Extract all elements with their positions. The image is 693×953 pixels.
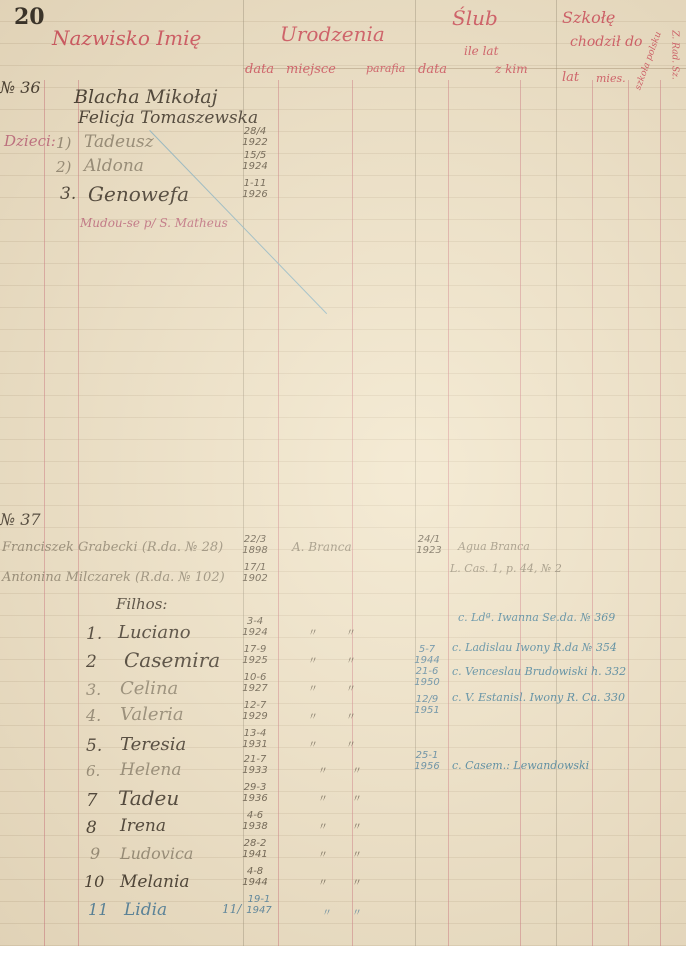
- child-number: 2): [56, 158, 71, 176]
- child-name: Luciano: [118, 622, 191, 643]
- ditto-place: 〃: [322, 904, 332, 919]
- child-birth-date: 28/41922: [240, 126, 270, 148]
- header-birth-place: miejsce: [286, 62, 336, 77]
- child-spouse: c. Venceslau Brudowiski h. 332: [452, 666, 626, 677]
- child-number: 9: [90, 844, 100, 863]
- child-birth-date: 1-111926: [240, 178, 270, 200]
- header-birth: Urodzenia: [280, 22, 385, 46]
- entry-36-number: № 36: [0, 78, 41, 97]
- ditto-place: 〃: [318, 818, 328, 833]
- ditto-parish: 〃: [346, 624, 356, 639]
- header-marriage-date: data: [418, 62, 447, 77]
- marriage-date: 24/11923: [414, 534, 444, 556]
- child-birth-date: 17-91925: [240, 644, 270, 666]
- header-birth-date: data: [245, 62, 274, 77]
- child-birth-date: 12-71929: [240, 700, 270, 722]
- ditto-parish: 〃: [346, 736, 356, 751]
- child-name: Ludovica: [120, 844, 193, 863]
- child-number: 4.: [86, 706, 101, 725]
- child-number: 8: [86, 818, 97, 838]
- child-birth-date: 4-81944: [240, 866, 270, 888]
- ditto-place: 〃: [308, 708, 318, 723]
- header-name: Nazwisko Imię: [52, 26, 201, 50]
- child-number: 2: [86, 652, 97, 672]
- child-number: 6.: [86, 762, 100, 780]
- ditto-place: 〃: [318, 790, 328, 805]
- entry-37-children-label: Filhos:: [116, 595, 167, 613]
- header-school: Szkołę: [562, 8, 615, 27]
- child-birth-date: 19-11947: [244, 894, 274, 916]
- child-number: 11: [88, 900, 108, 919]
- entry-37-mother: Antonina Milczarek (R.da. № 102): [2, 570, 225, 585]
- ditto-parish: 〃: [346, 652, 356, 667]
- child-name: Irena: [120, 816, 166, 836]
- child-spouse: c. Ldª. Iwanna Se.da. № 369: [458, 612, 615, 623]
- ditto-parish: 〃: [352, 846, 362, 861]
- ditto-place: 〃: [318, 846, 328, 861]
- place-col-rule: [352, 80, 353, 946]
- ditto-parish: 〃: [352, 904, 362, 919]
- ditto-parish: 〃: [352, 818, 362, 833]
- child-number: 3.: [86, 680, 101, 699]
- marriage-place: Agua Branca: [458, 540, 530, 553]
- margin-rule: [44, 80, 45, 946]
- ledger-page: 20 Nazwisko Imię Urodzenia data miejsce …: [0, 0, 686, 946]
- child-name: Melania: [120, 872, 190, 892]
- header-birth-parish: parafia: [366, 62, 405, 75]
- child-number: 1): [56, 134, 71, 152]
- child-birth-date: 13-41931: [240, 728, 270, 750]
- page-number: 20: [14, 4, 45, 30]
- child-spouse: c. Casem.: Lewandowski: [452, 760, 589, 771]
- child-prefix: 11/: [222, 902, 241, 916]
- child-marriage-date: 21-61950: [412, 666, 442, 688]
- entry-36-mother: Felicja Tomaszewska: [78, 108, 258, 128]
- ditto-place: 〃: [318, 762, 328, 777]
- child-name: Lidia: [124, 900, 167, 920]
- child-number: 5.: [86, 736, 102, 756]
- ditto-place: 〃: [308, 680, 318, 695]
- header-marriage-age: ile lat: [464, 44, 498, 58]
- years-col-rule: [592, 80, 593, 946]
- child-birth-date: 28-21941: [240, 838, 270, 860]
- child-birth-date: 21-71933: [240, 754, 270, 776]
- child-name: Tadeusz: [84, 132, 154, 152]
- entry-37-father: Franciszek Grabecki (R.da. № 28): [2, 540, 223, 555]
- child-name: Valeria: [120, 704, 184, 725]
- entry-36-father: Blacha Mikołaj: [74, 86, 217, 108]
- child-name: Celina: [120, 678, 178, 699]
- ditto-place: 〃: [308, 736, 318, 751]
- child-name: Tadeu: [118, 786, 179, 810]
- date-col-rule: [278, 80, 279, 946]
- name-col-rule: [78, 80, 79, 946]
- entry-37-number: № 37: [0, 510, 41, 529]
- header-school-years: lat: [562, 70, 579, 85]
- ditto-place: 〃: [308, 652, 318, 667]
- header-marriage-with: z kim: [495, 62, 528, 76]
- child-name: Casemira: [124, 648, 220, 672]
- entry-36-note: Mudou-se p/ S. Matheus: [80, 216, 228, 230]
- child-name: Aldona: [84, 156, 144, 176]
- child-number: 3.: [60, 184, 76, 204]
- header-school-month: mies.: [596, 72, 626, 85]
- header-school-attended: chodził do: [570, 34, 642, 50]
- entry-36-children-label: Dzieci:: [4, 132, 56, 150]
- header-marriage: Ślub: [452, 6, 498, 30]
- mother-birth-date: 17/11902: [240, 562, 270, 584]
- marriage-col-rule: [415, 0, 416, 946]
- marriage-ref: L. Cas. 1, p. 44, № 2: [450, 562, 562, 575]
- ditto-parish: 〃: [352, 874, 362, 889]
- child-number: 7: [86, 790, 97, 811]
- ditto-parish: 〃: [352, 790, 362, 805]
- months-col-rule: [628, 80, 629, 946]
- child-name: Teresia: [120, 734, 186, 755]
- note-col-rule: [660, 80, 661, 946]
- child-birth-date: 15/51924: [240, 150, 270, 172]
- ditto-place: 〃: [308, 624, 318, 639]
- ditto-parish: 〃: [346, 708, 356, 723]
- child-spouse: c. V. Estanisl. Iwony R. Ca. 330: [452, 692, 625, 703]
- child-birth-date: 4-61938: [240, 810, 270, 832]
- header-note: Z. Rad. Sz.: [670, 30, 680, 79]
- with-col-rule: [520, 80, 521, 946]
- child-number: 1.: [86, 624, 102, 644]
- father-birth-place: A. Branca: [292, 540, 352, 554]
- ditto-parish: 〃: [352, 762, 362, 777]
- father-birth-date: 22/31898: [240, 534, 270, 556]
- child-marriage-date: 25-11956: [412, 750, 442, 772]
- child-name: Helena: [120, 760, 181, 780]
- ditto-place: 〃: [318, 874, 328, 889]
- child-marriage-date: 12/91951: [412, 694, 442, 716]
- child-birth-date: 10-61927: [240, 672, 270, 694]
- mdate-col-rule: [448, 80, 449, 946]
- child-name: Genowefa: [88, 182, 189, 206]
- child-spouse: c. Ladislau Iwony R.da № 354: [452, 642, 617, 653]
- ditto-parish: 〃: [346, 680, 356, 695]
- child-birth-date: 29-31936: [240, 782, 270, 804]
- school-col-rule: [556, 0, 557, 946]
- child-number: 10: [84, 872, 104, 891]
- child-marriage-date: 5-71944: [412, 644, 442, 666]
- child-birth-date: 3-41924: [240, 616, 270, 638]
